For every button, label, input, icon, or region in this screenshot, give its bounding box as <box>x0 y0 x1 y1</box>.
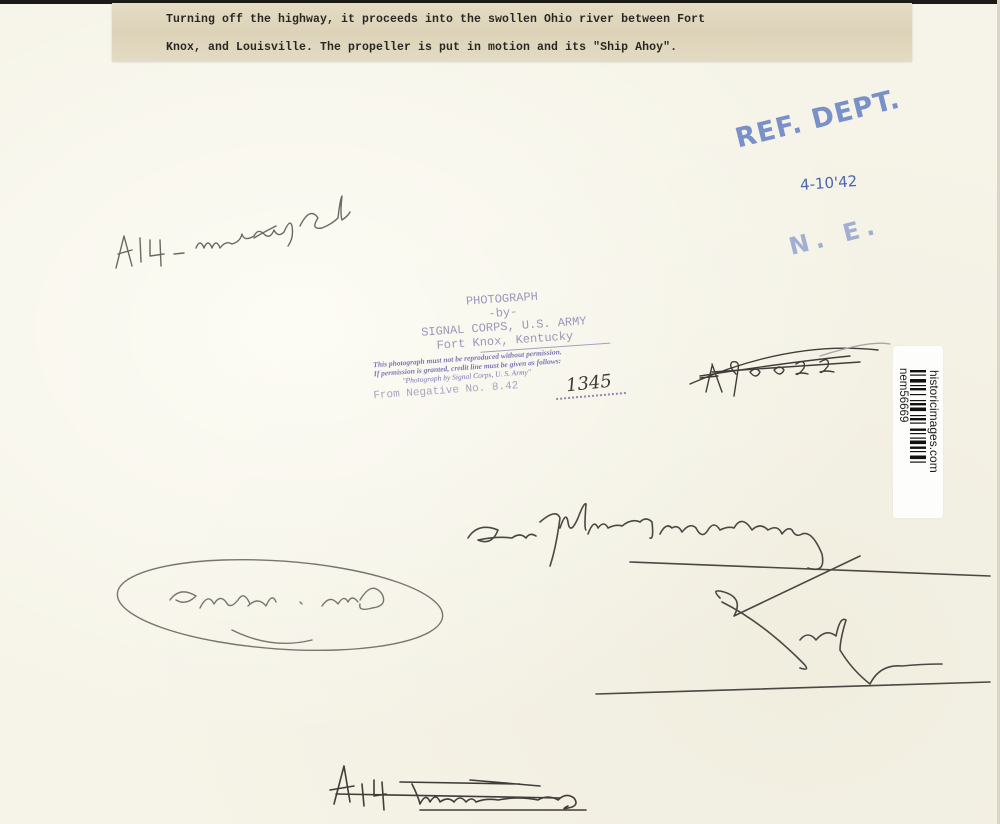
caption-strip: Turning off the highway, it proceeds int… <box>112 3 912 61</box>
caption-line-1: Turning off the highway, it proceeds int… <box>166 13 705 26</box>
ref-stamp-initials: N. E. <box>786 211 883 261</box>
ref-dept-stamp: REF. DEPT. 4-10'42 N. E. <box>730 100 930 260</box>
handwriting-crossed-number <box>690 343 890 396</box>
barcode-label: historicimages.com nem56669 <box>893 346 943 518</box>
handwriting-signature <box>468 504 990 694</box>
ref-stamp-title: REF. DEPT. <box>732 84 903 155</box>
handwriting-oval-note <box>114 550 445 661</box>
handwriting-bottom-crossed <box>330 766 586 810</box>
photo-back-paper: Turning off the highway, it proceeds int… <box>0 0 1000 824</box>
negative-number-handwritten: 1345 <box>565 371 613 397</box>
caption-line-2: Knox, and Louisville. The propeller is p… <box>166 41 677 54</box>
handwriting-a14-motorized <box>116 196 350 268</box>
barcode-icon <box>910 370 926 488</box>
barcode-id-text: nem56669 <box>897 368 909 422</box>
ref-stamp-date: 4-10'42 <box>799 172 857 194</box>
barcode-site-text: historicimages.com <box>927 370 941 473</box>
